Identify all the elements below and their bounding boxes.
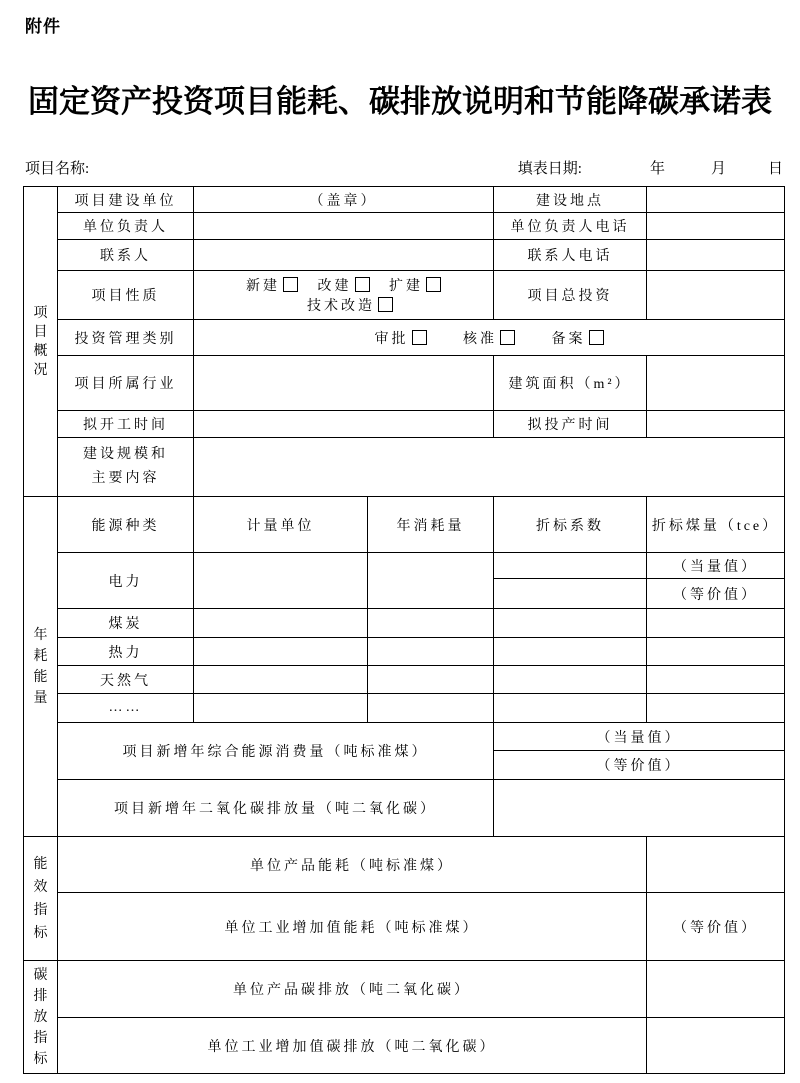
checkbox-expand[interactable] [426,277,441,292]
cell-gas-factor[interactable] [494,666,647,694]
col-header-coal-equivalent: 折标煤量（tce） [647,497,785,553]
label-location: 建设地点 [494,187,647,213]
nature-option-new-label: 新建 [246,279,280,294]
label-industry: 项目所属行业 [58,356,194,411]
cell-heat-unit[interactable] [194,638,368,666]
date-year-label: 年 [650,157,665,178]
label-mgmt-category: 投资管理类别 [58,320,194,356]
cell-contact-phone-value[interactable] [647,240,785,271]
cell-unit-head-value[interactable] [194,213,494,240]
col-header-annual-consumption: 年消耗量 [368,497,494,553]
checkbox-rebuild[interactable] [355,277,370,292]
cell-coal-equivalent[interactable] [647,609,785,638]
cell-nature-options: 新建 改建 扩建 技术改造 [194,271,494,320]
col-header-energy-type: 能源种类 [58,497,194,553]
label-electricity-coal-equivalent: （当量值） [647,553,785,579]
meta-row: 项目名称: 填表日期: 年 月 日 [25,157,783,178]
row-label-other-energy: …… [58,694,194,723]
cell-total-energy-equivalent[interactable]: （当量值） [494,723,785,751]
label-production-time: 拟投产时间 [494,411,647,438]
mgmt-option-verification-label: 核准 [463,332,497,347]
cell-contact-value[interactable] [194,240,494,271]
nature-option-tech-label: 技术改造 [307,299,375,314]
mgmt-option-approval-label: 审批 [375,332,409,347]
mgmt-option-record-label: 备案 [552,332,586,347]
cell-unit-product-carbon-value[interactable] [647,961,785,1018]
label-total-energy-consumption: 项目新增年综合能源消费量（吨标准煤） [58,723,494,780]
cell-industrial-added-value-energy[interactable]: （等价值） [647,893,785,961]
section-label-overview: 项目概况 [24,187,58,497]
form-title: 固定资产投资项目能耗、碳排放说明和节能降碳承诺表 [0,76,800,121]
label-construction-unit: 项目建设单位 [58,187,194,213]
label-unit-product-energy: 单位产品能耗（吨标准煤） [58,837,647,893]
label-industrial-added-value-carbon: 单位工业增加值碳排放（吨二氧化碳） [58,1018,647,1074]
label-industrial-added-value-energy: 单位工业增加值能耗（吨标准煤） [58,893,647,961]
nature-option-expand-label: 扩建 [389,279,423,294]
main-form-table: 项目概况 项目建设单位 （盖章） 建设地点 单位负责人 单位负责人电话 联系人 … [23,186,785,1074]
seal-placeholder: （盖章） [310,194,378,209]
checkbox-approval[interactable] [412,330,427,345]
checkbox-record[interactable] [589,330,604,345]
date-month-label: 月 [711,157,726,178]
row-label-natural-gas: 天然气 [58,666,194,694]
cell-electricity-factor-equal[interactable] [494,579,647,609]
cell-construction-unit-value[interactable]: （盖章） [194,187,494,213]
cell-start-time-value[interactable] [194,411,494,438]
section-label-efficiency: 能效指标 [24,837,58,961]
col-header-conversion-factor: 折标系数 [494,497,647,553]
cell-heat-factor[interactable] [494,638,647,666]
section-label-carbon: 碳排放指标 [24,961,58,1074]
cell-coal-consumption[interactable] [368,609,494,638]
label-contact: 联系人 [58,240,194,271]
cell-heat-equivalent[interactable] [647,638,785,666]
cell-unit-product-energy-value[interactable] [647,837,785,893]
col-header-unit: 计量单位 [194,497,368,553]
row-label-electricity: 电力 [58,553,194,609]
project-name-label: 项目名称: [25,157,89,178]
nature-option-rebuild-label: 改建 [318,279,352,294]
cell-electricity-consumption[interactable] [368,553,494,609]
cell-mgmt-options: 审批 核准 备案 [194,320,785,356]
row-label-coal: 煤炭 [58,609,194,638]
cell-other-unit[interactable] [194,694,368,723]
label-floor-area: 建筑面积（m²） [494,356,647,411]
label-contact-phone: 联系人电话 [494,240,647,271]
label-unit-head: 单位负责人 [58,213,194,240]
cell-electricity-factor-equivalent[interactable] [494,553,647,579]
cell-industrial-added-value-carbon[interactable] [647,1018,785,1074]
label-unit-product-carbon: 单位产品碳排放（吨二氧化碳） [58,961,647,1018]
fill-date-label: 填表日期: [518,157,582,178]
label-project-nature: 项目性质 [58,271,194,320]
label-start-time: 拟开工时间 [58,411,194,438]
cell-gas-unit[interactable] [194,666,368,694]
cell-unit-head-phone-value[interactable] [647,213,785,240]
cell-production-time-value[interactable] [647,411,785,438]
cell-coal-unit[interactable] [194,609,368,638]
efficiency-equal-value-label: （等价值） [673,921,758,936]
label-annual-co2-emission: 项目新增年二氧化碳排放量（吨二氧化碳） [58,780,494,837]
cell-coal-factor[interactable] [494,609,647,638]
cell-floor-area-value[interactable] [647,356,785,411]
cell-gas-consumption[interactable] [368,666,494,694]
cell-scale-content-value[interactable] [194,438,785,497]
total-energy-equivalent-label: （当量值） [597,731,682,746]
row-label-heat: 热力 [58,638,194,666]
cell-other-factor[interactable] [494,694,647,723]
cell-total-energy-equal[interactable]: （等价值） [494,751,785,780]
total-energy-equal-label: （等价值） [597,759,682,774]
cell-heat-consumption[interactable] [368,638,494,666]
checkbox-verification[interactable] [500,330,515,345]
cell-annual-co2-value[interactable] [494,780,785,837]
cell-other-consumption[interactable] [368,694,494,723]
cell-industry-value[interactable] [194,356,494,411]
label-electricity-coal-equal: （等价值） [647,579,785,609]
label-unit-head-phone: 单位负责人电话 [494,213,647,240]
label-total-investment: 项目总投资 [494,271,647,320]
label-scale-content: 建设规模和 主要内容 [58,438,194,497]
cell-other-equivalent[interactable] [647,694,785,723]
cell-gas-equivalent[interactable] [647,666,785,694]
date-day-label: 日 [768,157,783,178]
section-label-energy: 年耗能量 [24,497,58,837]
checkbox-tech-transform[interactable] [378,297,393,312]
attachment-label: 附件 [25,12,61,37]
checkbox-new-build[interactable] [283,277,298,292]
cell-electricity-unit[interactable] [194,553,368,609]
cell-location-value[interactable] [647,187,785,213]
cell-total-investment-value[interactable] [647,271,785,320]
